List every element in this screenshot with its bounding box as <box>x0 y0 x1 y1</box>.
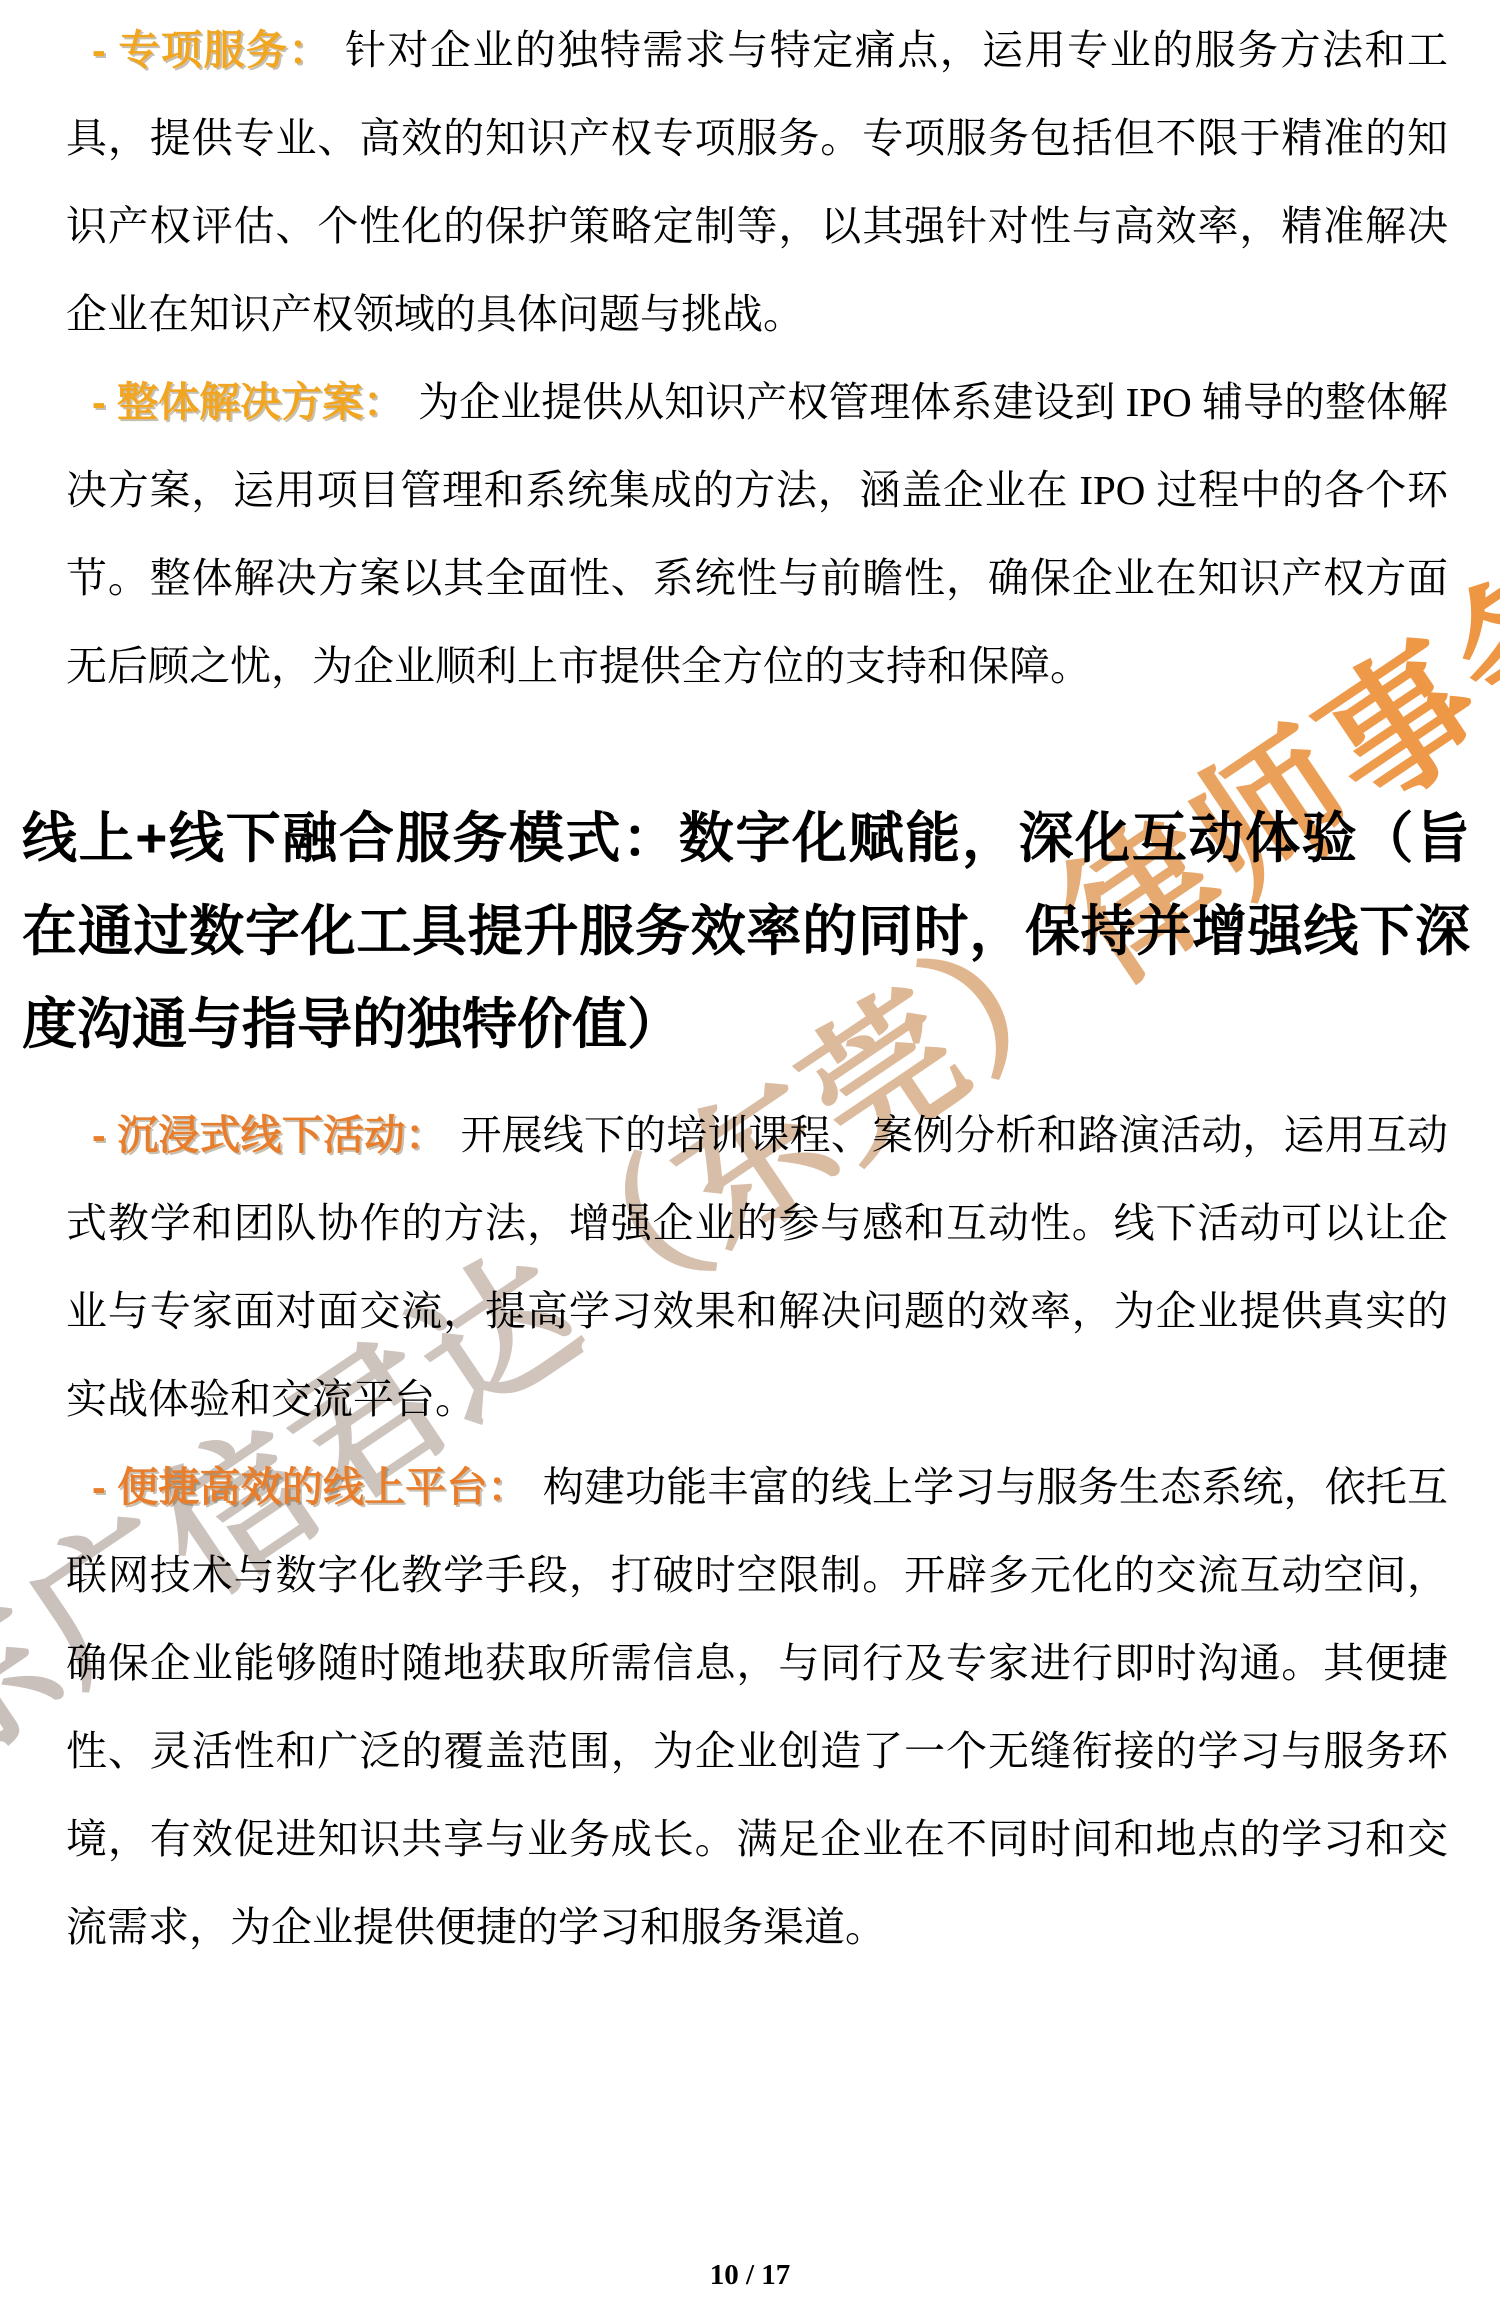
bullet-label-overall-solution: - 整体解决方案： <box>92 379 418 425</box>
bullet-paragraph-special-services: - 专项服务：针对企业的独特需求与特定痛点，运用专业的服务方法和工具，提供专业、… <box>66 6 1448 358</box>
bullet-paragraph-online-platform: - 便捷高效的线上平台：构建功能丰富的线上学习与服务生态系统，依托互联网技术与数… <box>66 1443 1448 1971</box>
bullet-text-special-services: 针对企业的独特需求与特定痛点，运用专业的服务方法和工具，提供专业、高效的知识产权… <box>66 27 1448 337</box>
bullet-paragraph-offline-activities: - 沉浸式线下活动：开展线下的培训课程、案例分析和路演活动，运用互动式教学和团队… <box>66 1091 1448 1443</box>
bullet-label-special-services: - 专项服务： <box>92 27 345 73</box>
bullet-text-offline-activities: 开展线下的培训课程、案例分析和路演活动，运用互动式教学和团队协作的方法，增强企业… <box>66 1112 1448 1422</box>
page-number: 10 / 17 <box>0 2259 1500 2292</box>
bullet-text-overall-solution: 为企业提供从知识产权管理体系建设到 IPO 辅导的整体解决方案，运用项目管理和系… <box>66 379 1448 689</box>
bullet-text-online-platform: 构建功能丰富的线上学习与服务生态系统，依托互联网技术与数字化教学手段，打破时空限… <box>66 1464 1448 1950</box>
bullet-label-offline-activities: - 沉浸式线下活动： <box>92 1112 460 1158</box>
document-page: { "page": { "footer": "10 / 17", "waterm… <box>0 0 1500 2322</box>
bullet-paragraph-overall-solution: - 整体解决方案：为企业提供从知识产权管理体系建设到 IPO 辅导的整体解决方案… <box>66 358 1448 710</box>
section-heading-online-offline-model: 线上+线下融合服务模式：数字化赋能，深化互动体验（旨在通过数字化工具提升服务效率… <box>22 792 1470 1071</box>
page-content: - 专项服务：针对企业的独特需求与特定痛点，运用专业的服务方法和工具，提供专业、… <box>0 0 1500 1971</box>
bullet-label-online-platform: - 便捷高效的线上平台： <box>92 1464 543 1510</box>
